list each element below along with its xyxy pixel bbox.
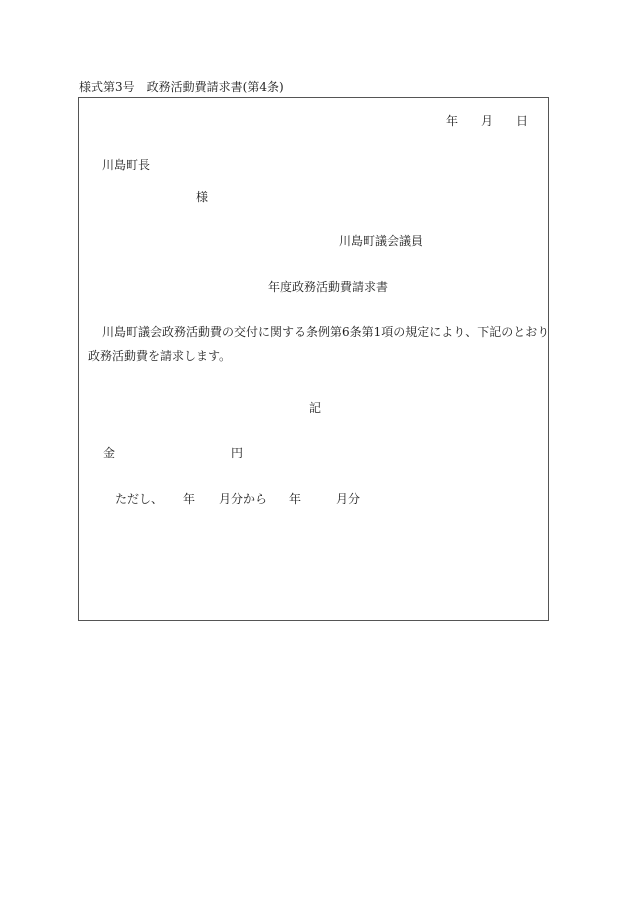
period-prefix: ただし、	[115, 492, 163, 506]
ki-label: 記	[309, 401, 321, 415]
period-year-to: 年	[289, 492, 301, 506]
amount-unit: 円	[231, 446, 243, 460]
document-title: 年度政務活動費請求書	[268, 280, 388, 294]
period-month-from: 月分から	[219, 492, 267, 506]
date-day: 日	[516, 114, 528, 128]
body-line-1: 川島町議会政務活動費の交付に関する条例第6条第1項の規定により、下記のとおり	[102, 325, 549, 339]
amount-label: 金	[103, 446, 115, 460]
body-line-2: 政務活動費を請求します。	[88, 349, 231, 363]
period-month-to: 月分	[336, 492, 360, 506]
sender: 川島町議会議員	[339, 234, 423, 248]
honorific: 様	[196, 190, 208, 204]
addressee: 川島町長	[102, 158, 150, 172]
period-year-from: 年	[183, 492, 195, 506]
date-month: 月	[481, 114, 493, 128]
form-heading: 様式第3号 政務活動費請求書(第4条)	[79, 80, 284, 94]
date-year: 年	[446, 114, 458, 128]
